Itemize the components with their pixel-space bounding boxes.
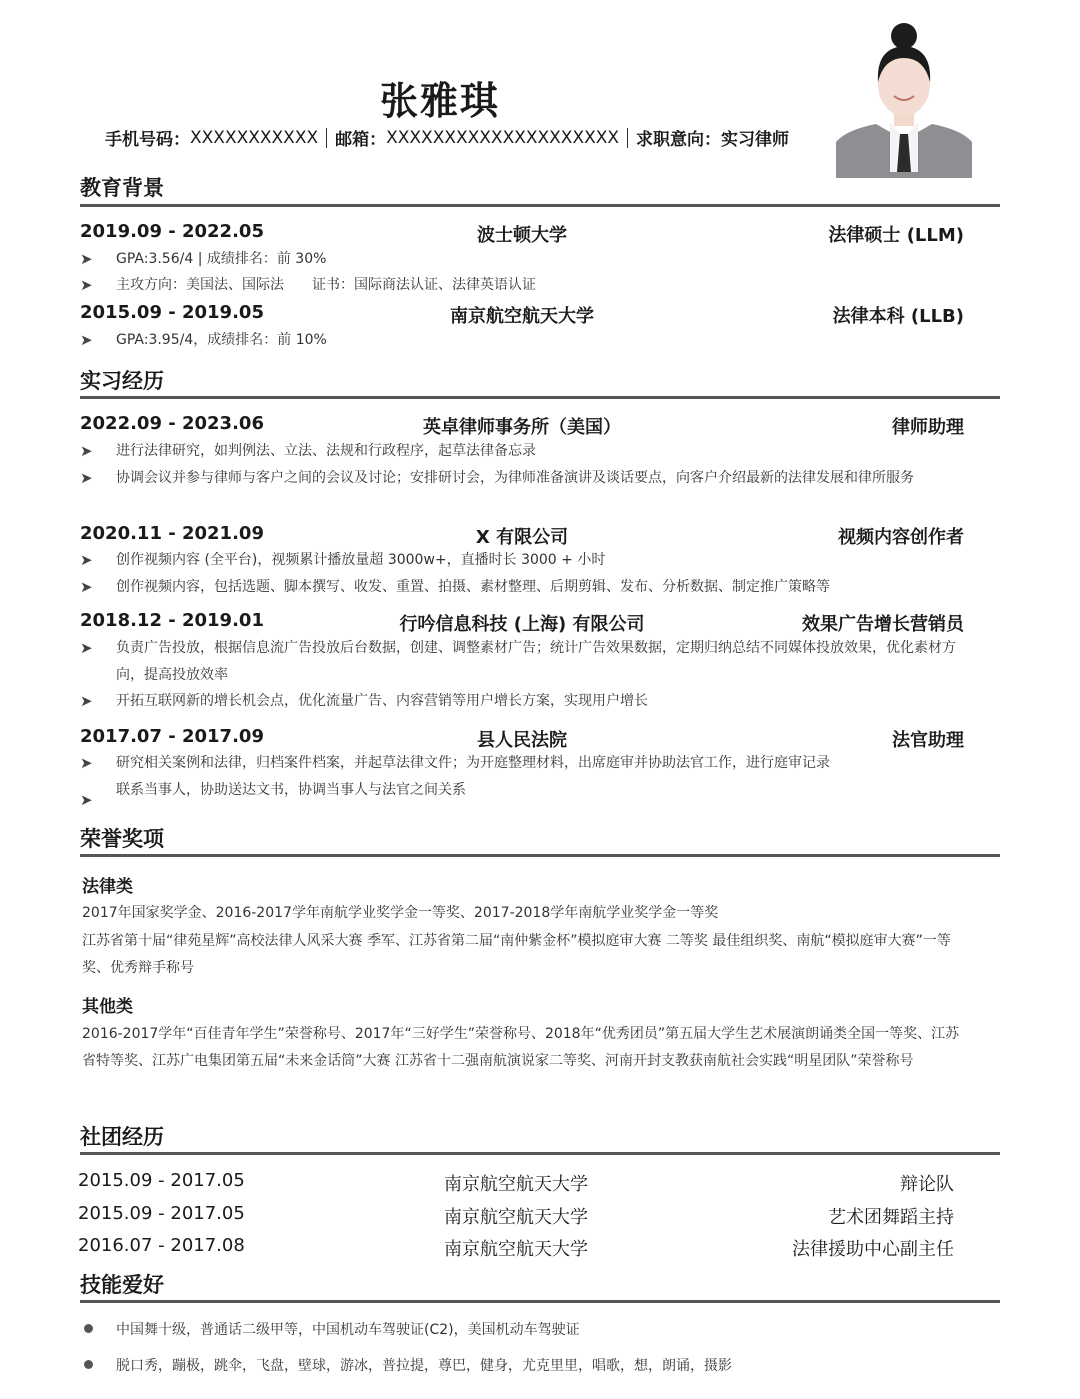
arrow-icon: ➤ bbox=[80, 574, 93, 601]
arrow-icon: ➤ bbox=[80, 327, 93, 354]
section-title-clubs: 社团经历 bbox=[80, 1121, 164, 1151]
honors-legal-line: 2017年国家奖学金、2016-2017学年南航学业奖学金一等奖、2017-20… bbox=[82, 900, 972, 927]
section-rule bbox=[80, 1152, 1000, 1155]
arrow-icon: ➤ bbox=[80, 465, 93, 492]
section-rule bbox=[80, 204, 1000, 207]
profile-photo bbox=[836, 22, 972, 178]
bullet-dot-icon bbox=[84, 1360, 93, 1369]
skill-item: 中国舞十级，普通话二级甲等，中国机动车驾驶证(C2)，美国机动车驾驶证 bbox=[116, 1319, 580, 1339]
intent-label: 求职意向： bbox=[636, 125, 721, 150]
skill-item: 脱口秀，蹦极，跳伞，飞盘，壁球，游冰，普拉提，尊巴，健身，尤克里里，唱歌，想，朗… bbox=[116, 1355, 732, 1375]
intent-value: 实习律师 bbox=[721, 125, 789, 150]
intern-org: X 有限公司 bbox=[80, 523, 964, 549]
edu-school: 南京航空航天大学 bbox=[80, 302, 964, 328]
edu-degree: 法律本科 (LLB) bbox=[833, 302, 964, 328]
divider bbox=[627, 128, 628, 148]
intern-bullet: ➤研究相关案例和法律，归档案件档案，并起草法律文件；为开庭整理材料，出席庭审并协… bbox=[80, 750, 980, 777]
honors-legal-title: 法律类 bbox=[82, 872, 133, 897]
intern-role: 法官助理 bbox=[892, 726, 964, 752]
arrow-icon: ➤ bbox=[80, 272, 93, 299]
intern-org: 英卓律师事务所（美国） bbox=[80, 413, 964, 439]
edu-bullet: ➤主攻方向：美国法、国际法 证书：国际商法认证、法律英语认证 bbox=[80, 272, 980, 299]
bullet-dot-icon bbox=[84, 1324, 93, 1333]
phone-value: XXXXXXXXXXX bbox=[190, 128, 318, 148]
honors-other-title: 其他类 bbox=[82, 992, 133, 1017]
honors-other-text: 2016-2017学年“百佳青年学生”荣誉称号、2017年“三好学生”荣誉称号、… bbox=[82, 1021, 972, 1075]
candidate-name: 张雅琪 bbox=[0, 70, 880, 125]
phone-label: 手机号码： bbox=[105, 125, 190, 150]
arrow-icon: ➤ bbox=[80, 547, 93, 574]
section-title-skills: 技能爱好 bbox=[80, 1269, 164, 1299]
email-label: 邮箱： bbox=[335, 125, 386, 150]
section-title-honors: 荣誉奖项 bbox=[80, 823, 164, 853]
section-rule bbox=[80, 1300, 1000, 1303]
intern-role: 视频内容创作者 bbox=[838, 523, 964, 549]
edu-bullet: ➤GPA:3.56/4 | 成绩排名：前 30% bbox=[80, 246, 980, 273]
intern-bullet: ➤协调会议并参与律师与客户之间的会议及讨论；安排研讨会，为律师准备演讲及谈话要点… bbox=[80, 465, 960, 492]
section-title-education: 教育背景 bbox=[80, 172, 164, 202]
intern-bullet: ➤联系当事人，协助送达文书，协调当事人与法官之间关系 bbox=[80, 777, 980, 804]
intern-org: 县人民法院 bbox=[80, 726, 964, 752]
intern-bullet: ➤创作视频内容，包括选题、脚本撰写、收发、重置、拍摄、素材整理、后期剪辑、发布、… bbox=[80, 574, 980, 601]
intern-role: 效果广告增长营销员 bbox=[802, 610, 964, 636]
intern-role: 律师助理 bbox=[892, 413, 964, 439]
section-title-internship: 实习经历 bbox=[80, 365, 164, 395]
contact-line: 手机号码： XXXXXXXXXXX 邮箱： XXXXXXXXXXXXXXXXXX… bbox=[105, 125, 789, 150]
divider bbox=[326, 128, 327, 148]
intern-bullet: ➤负责广告投放，根据信息流广告投放后台数据，创建、调整素材广告；统计广告效果数据… bbox=[80, 635, 960, 689]
section-rule bbox=[80, 396, 1000, 399]
arrow-icon: ➤ bbox=[80, 246, 93, 273]
arrow-icon: ➤ bbox=[80, 688, 93, 715]
arrow-icon: ➤ bbox=[80, 787, 93, 814]
edu-degree: 法律硕士 (LLM) bbox=[828, 221, 964, 247]
email-value: XXXXXXXXXXXXXXXXXXXX bbox=[386, 128, 619, 148]
arrow-icon: ➤ bbox=[80, 635, 93, 662]
intern-bullet: ➤开拓互联网新的增长机会点，优化流量广告、内容营销等用户增长方案，实现用户增长 bbox=[80, 688, 980, 715]
edu-bullet: ➤GPA:3.95/4，成绩排名：前 10% bbox=[80, 327, 980, 354]
arrow-icon: ➤ bbox=[80, 438, 93, 465]
section-rule bbox=[80, 854, 1000, 857]
arrow-icon: ➤ bbox=[80, 750, 93, 777]
intern-bullet: ➤进行法律研究，如判例法、立法、法规和行政程序，起草法律备忘录 bbox=[80, 438, 980, 465]
intern-bullet: ➤创作视频内容 (全平台)，视频累计播放量超 3000w+，直播时长 3000 … bbox=[80, 547, 980, 574]
honors-legal-line: 江苏省第十届“律苑星辉”高校法律人风采大赛 季军、江苏省第二届“南仲紫金杯”模拟… bbox=[82, 928, 972, 982]
